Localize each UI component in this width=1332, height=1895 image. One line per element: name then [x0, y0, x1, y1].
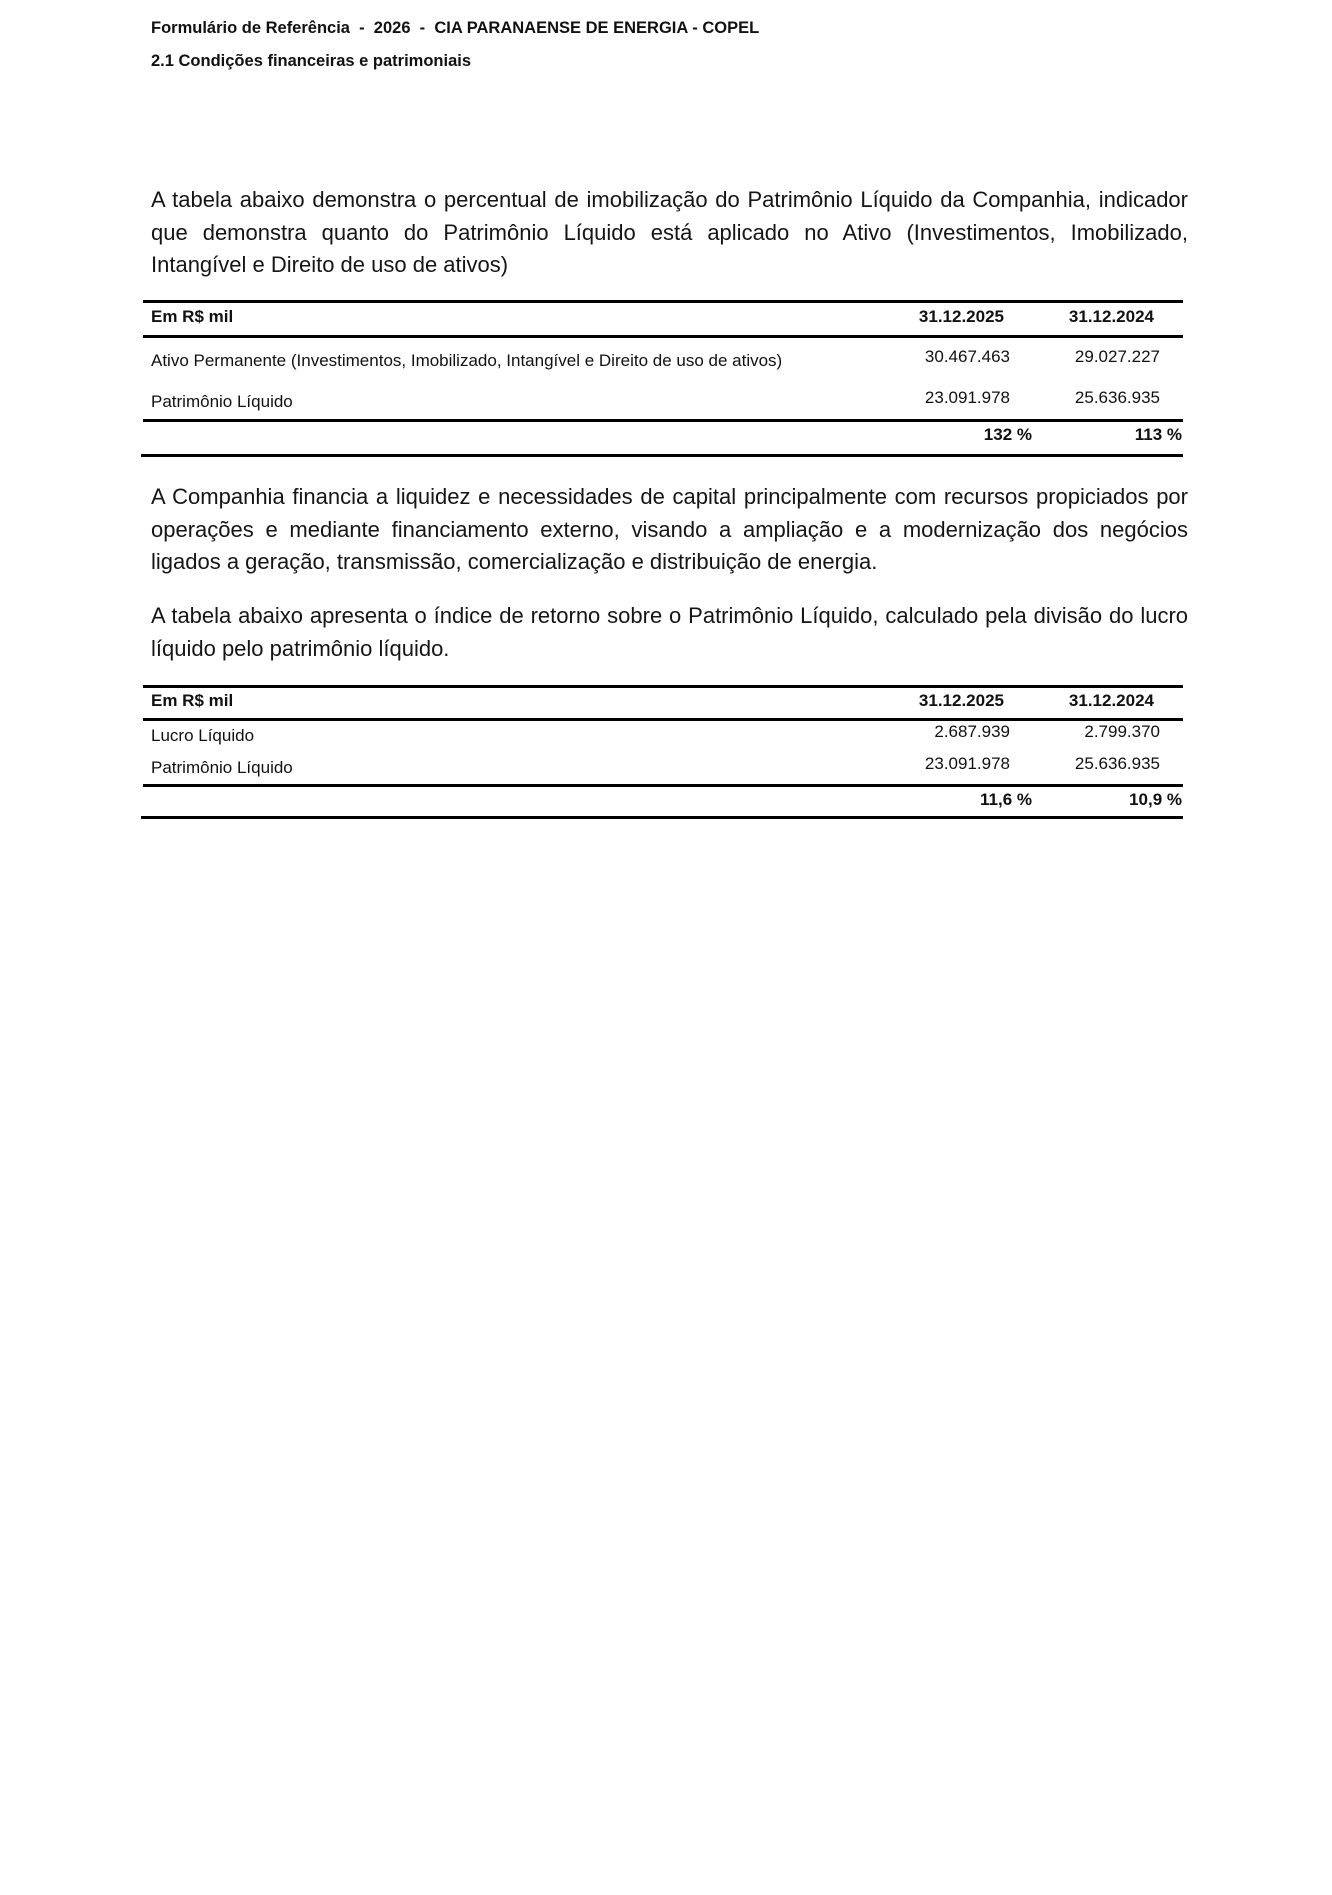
table-rule-bottom: [141, 816, 1183, 819]
intro-paragraph-imobilizacao: A tabela abaixo demonstra o percentual d…: [151, 184, 1188, 282]
financing-paragraph: A Companhia financia a liquidez e necess…: [151, 481, 1188, 579]
row-label: Patrimônio Líquido: [151, 392, 293, 412]
row-value-2025: 23.091.978: [880, 754, 1010, 774]
column-header-2024: 31.12.2024: [1030, 307, 1154, 327]
row-label: Patrimônio Líquido: [151, 758, 293, 778]
table-rule-header: [143, 335, 1183, 338]
row-value-2024: 25.636.935: [1030, 754, 1160, 774]
row-value-2024: 25.636.935: [1030, 388, 1160, 408]
row-value-2025: 2.687.939: [880, 722, 1010, 742]
document-header-title: Formulário de Referência - 2026 - CIA PA…: [151, 19, 759, 38]
column-header-2025: 31.12.2025: [880, 307, 1004, 327]
row-value-2024: 29.027.227: [1030, 347, 1160, 367]
row-label: Ativo Permanente (Investimentos, Imobili…: [151, 351, 782, 371]
section-title: 2.1 Condições financeiras e patrimoniais: [151, 52, 471, 71]
row-label: Lucro Líquido: [151, 726, 254, 746]
row-value-2025: 30.467.463: [880, 347, 1010, 367]
table-rule-top: [143, 300, 1183, 303]
table-rule-totals: [143, 419, 1183, 422]
total-2024: 113 %: [1030, 425, 1182, 445]
row-value-2024: 2.799.370: [1030, 722, 1160, 742]
table-rule-bottom: [141, 454, 1183, 457]
column-header-2025: 31.12.2025: [880, 691, 1004, 711]
table-unit-label: Em R$ mil: [151, 307, 233, 327]
table-rule-header: [143, 718, 1183, 721]
column-header-2024: 31.12.2024: [1030, 691, 1154, 711]
total-2025: 11,6 %: [880, 790, 1032, 810]
table-rule-top: [143, 685, 1183, 688]
total-2025: 132 %: [880, 425, 1032, 445]
table-unit-label: Em R$ mil: [151, 691, 233, 711]
roe-intro-paragraph: A tabela abaixo apresenta o índice de re…: [151, 600, 1188, 665]
total-2024: 10,9 %: [1030, 790, 1182, 810]
row-value-2025: 23.091.978: [880, 388, 1010, 408]
table-rule-totals: [143, 784, 1183, 787]
